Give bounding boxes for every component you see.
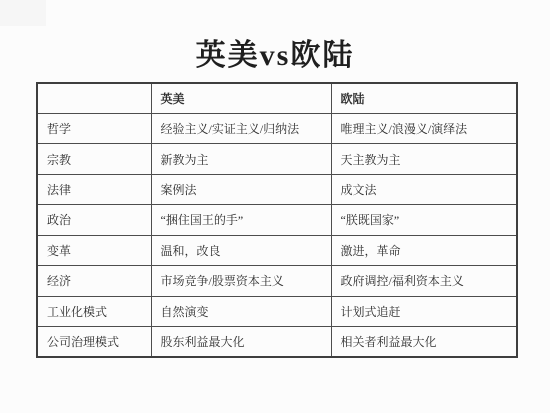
anglo-cell: 股东利益最大化 — [151, 327, 331, 358]
row-label-cell: 宗教 — [37, 144, 151, 174]
anglo-cell: 自然演变 — [151, 296, 331, 326]
continental-cell: 天主教为主 — [331, 144, 517, 174]
row-label-cell: 法律 — [37, 174, 151, 204]
row-label-cell: 哲学 — [37, 113, 151, 143]
table-row: 政治 “捆住国王的手” “朕既国家” — [37, 205, 517, 235]
continental-cell: 相关者利益最大化 — [331, 327, 517, 358]
table-row: 宗教 新教为主 天主教为主 — [37, 144, 517, 174]
row-label-cell: 政治 — [37, 205, 151, 235]
anglo-cell: 经验主义/实证主义/归纳法 — [151, 113, 331, 143]
header-empty-cell — [37, 83, 151, 113]
row-label-cell: 经济 — [37, 266, 151, 296]
continental-cell: 计划式追赶 — [331, 296, 517, 326]
comparison-table: 英美 欧陆 哲学 经验主义/实证主义/归纳法 唯理主义/浪漫义/演绎法 宗教 新… — [36, 82, 518, 358]
table-row: 变革 温和，改良 激进，革命 — [37, 235, 517, 265]
anglo-cell: 案例法 — [151, 174, 331, 204]
anglo-cell: 市场竞争/股票资本主义 — [151, 266, 331, 296]
table-row: 法律 案例法 成文法 — [37, 174, 517, 204]
header-anglo-cell: 英美 — [151, 83, 331, 113]
continental-cell: 唯理主义/浪漫义/演绎法 — [331, 113, 517, 143]
header-continental-cell: 欧陆 — [331, 83, 517, 113]
table-header-row: 英美 欧陆 — [37, 83, 517, 113]
continental-cell: “朕既国家” — [331, 205, 517, 235]
photo-corner-artifact — [0, 0, 46, 26]
table-row: 哲学 经验主义/实证主义/归纳法 唯理主义/浪漫义/演绎法 — [37, 113, 517, 143]
row-label-cell: 工业化模式 — [37, 296, 151, 326]
anglo-cell: 温和，改良 — [151, 235, 331, 265]
slide: 英美vs欧陆 英美 欧陆 哲学 经验主义/实证主义/归纳法 唯理主义/浪漫义/演… — [0, 0, 550, 413]
anglo-cell: 新教为主 — [151, 144, 331, 174]
table-row: 经济 市场竞争/股票资本主义 政府调控/福利资本主义 — [37, 266, 517, 296]
table-row: 公司治理模式 股东利益最大化 相关者利益最大化 — [37, 327, 517, 358]
continental-cell: 成文法 — [331, 174, 517, 204]
row-label-cell: 公司治理模式 — [37, 327, 151, 358]
page-title: 英美vs欧陆 — [0, 30, 550, 74]
row-label-cell: 变革 — [37, 235, 151, 265]
continental-cell: 激进，革命 — [331, 235, 517, 265]
table-row: 工业化模式 自然演变 计划式追赶 — [37, 296, 517, 326]
continental-cell: 政府调控/福利资本主义 — [331, 266, 517, 296]
anglo-cell: “捆住国王的手” — [151, 205, 331, 235]
